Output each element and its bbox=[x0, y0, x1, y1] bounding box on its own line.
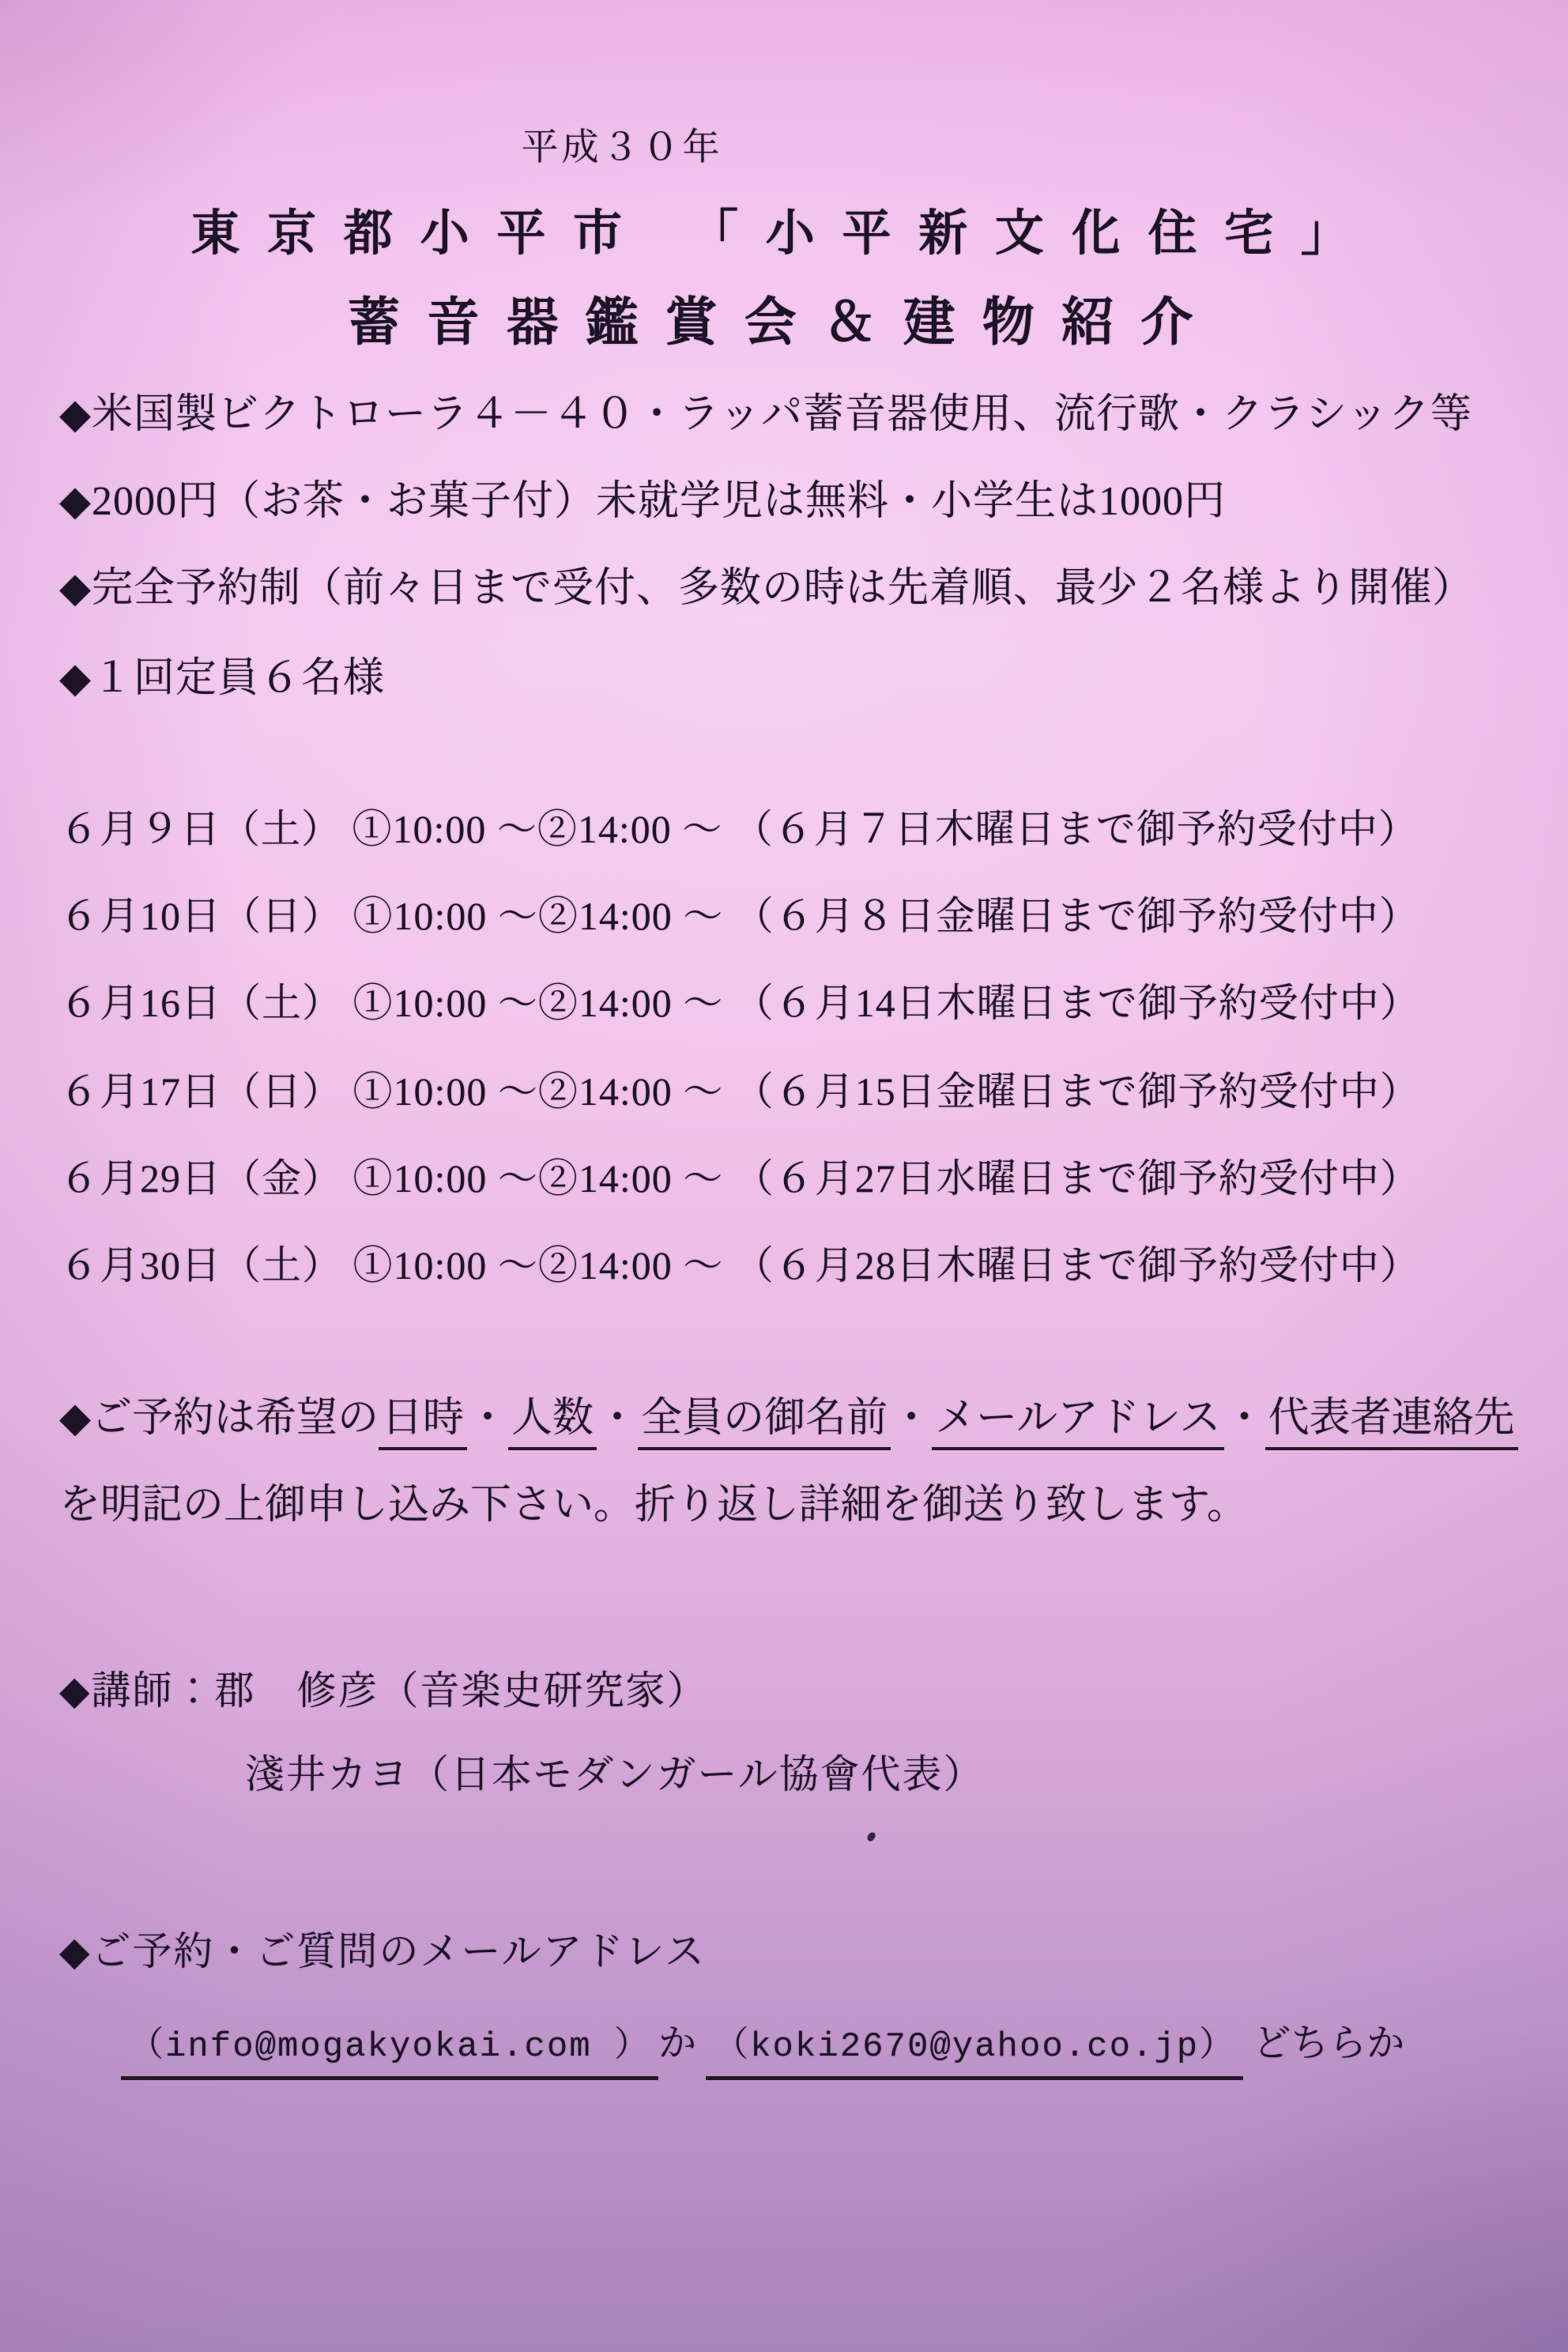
contact-emails-line: （info@mogakyokai.com ）か （koki2670@yahoo.… bbox=[59, 2020, 1404, 2069]
title-line-1: 東京都小平市 「小平新文化住宅」 bbox=[0, 204, 1568, 266]
lecturer-line-1: ◆講師：郡 修彦（音楽史研究家） bbox=[59, 1666, 707, 1716]
field-all-names: 全員の御名前 bbox=[638, 1396, 891, 1450]
note-separator: ・ bbox=[597, 1396, 638, 1441]
note-separator: ・ bbox=[1224, 1396, 1265, 1441]
note-text: ◆ご予約は希望の bbox=[59, 1396, 379, 1441]
ink-speck bbox=[866, 1831, 876, 1843]
schedule-row-2: ６月10日（日） ①10:00 ～②14:00 ～ （６月８日金曜日まで御予約受… bbox=[59, 891, 1419, 941]
era-year-line: 平成３０年 bbox=[0, 125, 1406, 171]
bullet-equipment: ◆米国製ビクトローラ４－４０・ラッパ蓄音器使用、流行歌・クラシック等 bbox=[59, 389, 1472, 440]
field-headcount: 人数 bbox=[508, 1396, 597, 1450]
note-separator: ・ bbox=[467, 1396, 508, 1441]
flyer-page: 平成３０年 東京都小平市 「小平新文化住宅」 蓄音器鑑賞会＆建物紹介 ◆米国製ビ… bbox=[0, 0, 1568, 2352]
schedule-row-6: ６月30日（土） ①10:00 ～②14:00 ～ （６月28日木曜日まで御予約… bbox=[59, 1241, 1420, 1291]
title-line-2: 蓄音器鑑賞会＆建物紹介 bbox=[0, 291, 1568, 356]
email-connector: か bbox=[658, 2022, 696, 2064]
contact-suffix: どちらか bbox=[1253, 2022, 1404, 2064]
bullet-fee: ◆2000円（お茶・お菓子付）未就学児は無料・小学生は1000円 bbox=[59, 476, 1226, 527]
schedule-row-4: ６月17日（日） ①10:00 ～②14:00 ～ （６月15日金曜日まで御予約… bbox=[59, 1067, 1420, 1117]
schedule-row-1: ６月９日（土） ①10:00 ～②14:00 ～ （６月７日木曜日まで御予約受付… bbox=[59, 805, 1419, 854]
schedule-row-3: ６月16日（土） ①10:00 ～②14:00 ～ （６月14日木曜日まで御予約… bbox=[59, 978, 1420, 1028]
reservation-note-line1: ◆ご予約は希望の日時・人数・全員の御名前・メールアドレス・代表者連絡先 bbox=[59, 1393, 1518, 1444]
bullet-reservation-policy: ◆完全予約制（前々日まで受付、多数の時は先着順、最少２名様より開催） bbox=[59, 563, 1474, 614]
note-separator: ・ bbox=[891, 1396, 932, 1441]
field-email-address: メールアドレス bbox=[932, 1396, 1223, 1450]
field-datetime: 日時 bbox=[379, 1396, 467, 1450]
contact-heading: ◆ご予約・ご質問のメールアドレス bbox=[59, 1927, 706, 1977]
reservation-note-line2: を明記の上御申し込み下さい。折り返し詳細を御送り致します。 bbox=[59, 1479, 1248, 1531]
lecturer-line-2: 淺井カヨ（日本モダンガール協會代表） bbox=[59, 1750, 985, 1800]
email-address-2: （koki2670@yahoo.co.jp） bbox=[706, 2027, 1243, 2080]
schedule-row-5: ６月29日（金） ①10:00 ～②14:00 ～ （６月27日水曜日まで御予約… bbox=[59, 1154, 1420, 1204]
email-address-1: （info@mogakyokai.com ） bbox=[121, 2027, 658, 2080]
bullet-capacity: ◆１回定員６名様 bbox=[59, 653, 385, 704]
field-representative-contact: 代表者連絡先 bbox=[1265, 1396, 1518, 1450]
